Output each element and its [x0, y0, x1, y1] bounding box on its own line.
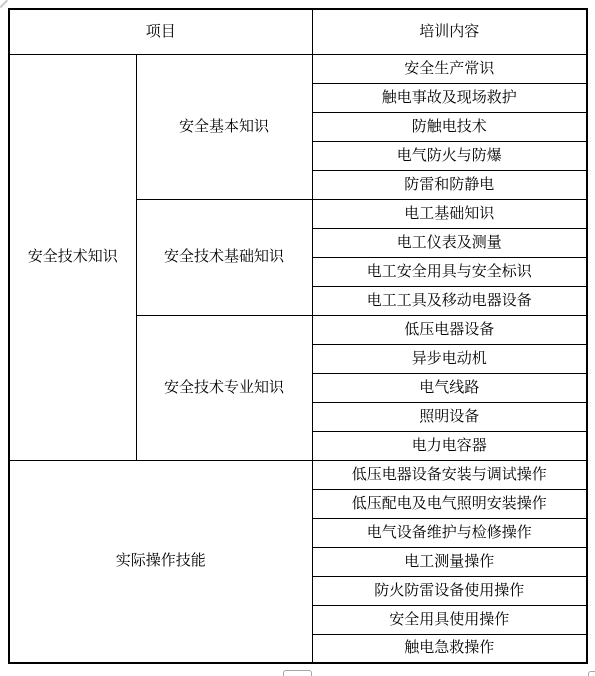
content-cell: 电工仪表及测量	[312, 228, 587, 257]
content-cell: 电工测量操作	[312, 547, 587, 576]
document-page: 项目 培训内容 安全技术知识 安全基本知识 安全生产常识 触电事故及现场救护 防…	[0, 0, 595, 676]
header-content: 培训内容	[312, 9, 587, 54]
content-cell: 异步电动机	[312, 344, 587, 373]
content-cell: 照明设备	[312, 402, 587, 431]
training-table: 项目 培训内容 安全技术知识 安全基本知识 安全生产常识 触电事故及现场救护 防…	[8, 8, 588, 664]
content-cell: 电工基础知识	[312, 199, 587, 228]
content-cell: 电工安全用具与安全标识	[312, 257, 587, 286]
resize-handle-bottom-center[interactable]	[283, 670, 312, 676]
category-cell: 实际操作技能	[9, 460, 312, 663]
table-row: 项目 培训内容	[9, 9, 587, 54]
content-cell: 电工工具及移动电器设备	[312, 286, 587, 315]
content-cell: 安全用具使用操作	[312, 605, 587, 634]
content-cell: 防触电技术	[312, 112, 587, 141]
content-cell: 低压电器设备	[312, 315, 587, 344]
content-cell: 电力电容器	[312, 431, 587, 460]
content-cell: 低压电器设备安装与调试操作	[312, 460, 587, 489]
table-row: 安全技术知识 安全基本知识 安全生产常识	[9, 54, 587, 83]
category-cell: 安全技术知识	[9, 54, 136, 460]
content-cell: 电气防火与防爆	[312, 141, 587, 170]
content-cell: 电气线路	[312, 373, 587, 402]
subsection-cell: 安全基本知识	[136, 54, 312, 199]
selection-corner-mark	[0, 0, 8, 8]
content-cell: 安全生产常识	[312, 54, 587, 83]
content-cell: 触电事故及现场救护	[312, 83, 587, 112]
subsection-cell: 安全技术基础知识	[136, 199, 312, 315]
subsection-cell: 安全技术专业知识	[136, 315, 312, 460]
content-cell: 触电急救操作	[312, 634, 587, 663]
content-cell: 低压配电及电气照明安装操作	[312, 489, 587, 518]
content-cell: 防火防雷设备使用操作	[312, 576, 587, 605]
header-project: 项目	[9, 9, 312, 54]
resize-handle-bottom-right[interactable]	[588, 671, 595, 676]
content-cell: 电气设备维护与检修操作	[312, 518, 587, 547]
content-cell: 防雷和防静电	[312, 170, 587, 199]
table-row: 实际操作技能 低压电器设备安装与调试操作	[9, 460, 587, 489]
